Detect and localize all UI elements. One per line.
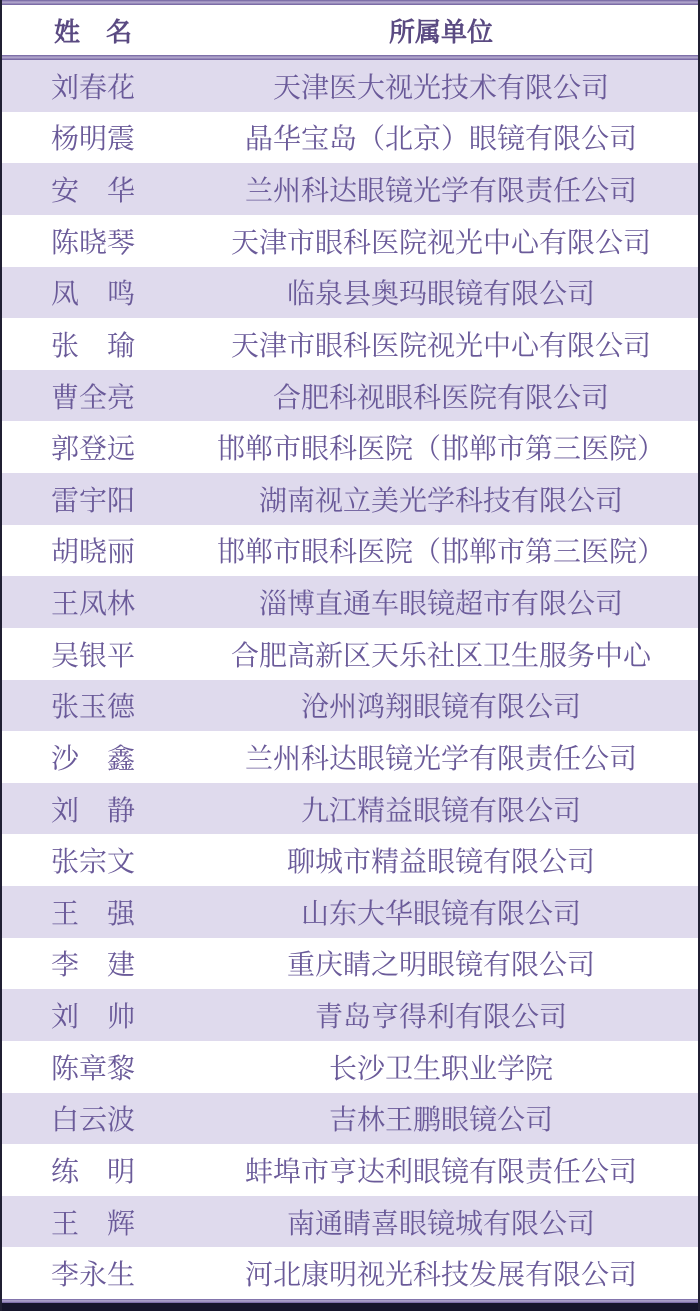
name-cell: 张玉德 xyxy=(2,685,184,725)
org-cell: 晶华宝岛（北京）眼镜有限公司 xyxy=(184,117,698,157)
name-cell: 凤 鸣 xyxy=(2,272,184,312)
table-row: 王凤林淄博直通车眼镜超市有限公司 xyxy=(2,576,698,628)
name-cell: 胡晓丽 xyxy=(2,530,184,570)
name-cell: 刘 帅 xyxy=(2,995,184,1035)
org-cell: 天津医大视光技术有限公司 xyxy=(184,66,698,106)
name-cell: 沙 鑫 xyxy=(2,737,184,777)
name-cell: 刘春花 xyxy=(2,66,184,106)
org-cell: 聊城市精益眼镜有限公司 xyxy=(184,840,698,880)
org-cell: 天津市眼科医院视光中心有限公司 xyxy=(184,221,698,261)
table-row: 练 明蚌埠市亨达利眼镜有限责任公司 xyxy=(2,1144,698,1196)
table-row: 张 瑜天津市眼科医院视光中心有限公司 xyxy=(2,318,698,370)
name-cell: 王凤林 xyxy=(2,582,184,622)
table-row: 白云波吉林王鹏眼镜公司 xyxy=(2,1093,698,1145)
name-cell: 陈章黎 xyxy=(2,1047,184,1087)
org-cell: 蚌埠市亨达利眼镜有限责任公司 xyxy=(184,1150,698,1190)
name-cell: 李 建 xyxy=(2,943,184,983)
org-cell: 南通睛喜眼镜城有限公司 xyxy=(184,1202,698,1242)
table-row: 安 华兰州科达眼镜光学有限责任公司 xyxy=(2,163,698,215)
table-body: 刘春花天津医大视光技术有限公司杨明震晶华宝岛（北京）眼镜有限公司安 华兰州科达眼… xyxy=(2,60,698,1299)
table-row: 李 建重庆睛之明眼镜有限公司 xyxy=(2,938,698,990)
org-cell: 兰州科达眼镜光学有限责任公司 xyxy=(184,169,698,209)
org-cell: 重庆睛之明眼镜有限公司 xyxy=(184,943,698,983)
org-cell: 邯郸市眼科医院（邯郸市第三医院） xyxy=(184,427,698,467)
name-cell: 张 瑜 xyxy=(2,324,184,364)
name-cell: 刘 静 xyxy=(2,789,184,829)
table-row: 陈章黎长沙卫生职业学院 xyxy=(2,1041,698,1093)
org-cell: 湖南视立美光学科技有限公司 xyxy=(184,479,698,519)
org-cell: 长沙卫生职业学院 xyxy=(184,1047,698,1087)
table-row: 胡晓丽邯郸市眼科医院（邯郸市第三医院） xyxy=(2,525,698,577)
table-row: 刘 帅青岛亨得利有限公司 xyxy=(2,989,698,1041)
table-row: 刘 静九江精益眼镜有限公司 xyxy=(2,783,698,835)
org-cell: 青岛亨得利有限公司 xyxy=(184,995,698,1035)
table-row: 凤 鸣临泉县奥玛眼镜有限公司 xyxy=(2,267,698,319)
name-cell: 张宗文 xyxy=(2,840,184,880)
name-cell: 曹全亮 xyxy=(2,376,184,416)
name-cell: 郭登远 xyxy=(2,427,184,467)
table-row: 杨明震晶华宝岛（北京）眼镜有限公司 xyxy=(2,112,698,164)
org-cell: 九江精益眼镜有限公司 xyxy=(184,789,698,829)
table-row: 李永生河北康明视光科技发展有限公司 xyxy=(2,1247,698,1299)
org-cell: 临泉县奥玛眼镜有限公司 xyxy=(184,272,698,312)
name-cell: 杨明震 xyxy=(2,117,184,157)
table-row: 郭登远邯郸市眼科医院（邯郸市第三医院） xyxy=(2,421,698,473)
org-cell: 沧州鸿翔眼镜有限公司 xyxy=(184,685,698,725)
name-cell: 白云波 xyxy=(2,1098,184,1138)
org-cell: 兰州科达眼镜光学有限责任公司 xyxy=(184,737,698,777)
name-cell: 练 明 xyxy=(2,1150,184,1190)
org-cell: 吉林王鹏眼镜公司 xyxy=(184,1098,698,1138)
name-cell: 王 强 xyxy=(2,892,184,932)
header-org: 所属单位 xyxy=(184,12,698,49)
table-row: 张玉德沧州鸿翔眼镜有限公司 xyxy=(2,680,698,732)
name-cell: 王 辉 xyxy=(2,1202,184,1242)
name-cell: 雷宇阳 xyxy=(2,479,184,519)
org-cell: 河北康明视光科技发展有限公司 xyxy=(184,1253,698,1293)
name-cell: 陈晓琴 xyxy=(2,221,184,261)
table-row: 雷宇阳湖南视立美光学科技有限公司 xyxy=(2,473,698,525)
roster-table: 姓 名 所属单位 刘春花天津医大视光技术有限公司杨明震晶华宝岛（北京）眼镜有限公… xyxy=(0,0,700,1311)
table-row: 陈晓琴天津市眼科医院视光中心有限公司 xyxy=(2,215,698,267)
table-row: 沙 鑫兰州科达眼镜光学有限责任公司 xyxy=(2,731,698,783)
org-cell: 天津市眼科医院视光中心有限公司 xyxy=(184,324,698,364)
name-cell: 安 华 xyxy=(2,169,184,209)
header-name: 姓 名 xyxy=(2,12,184,49)
table-row: 曹全亮合肥科视眼科医院有限公司 xyxy=(2,370,698,422)
table-row: 刘春花天津医大视光技术有限公司 xyxy=(2,60,698,112)
table-row: 王 辉南通睛喜眼镜城有限公司 xyxy=(2,1196,698,1248)
table-row: 王 强山东大华眼镜有限公司 xyxy=(2,886,698,938)
org-cell: 山东大华眼镜有限公司 xyxy=(184,892,698,932)
org-cell: 合肥科视眼科医院有限公司 xyxy=(184,376,698,416)
table-row: 张宗文聊城市精益眼镜有限公司 xyxy=(2,834,698,886)
bottom-frame-bar xyxy=(2,1303,698,1311)
org-cell: 淄博直通车眼镜超市有限公司 xyxy=(184,582,698,622)
org-cell: 合肥高新区天乐社区卫生服务中心 xyxy=(184,634,698,674)
table-row: 吴银平合肥高新区天乐社区卫生服务中心 xyxy=(2,628,698,680)
name-cell: 吴银平 xyxy=(2,634,184,674)
name-cell: 李永生 xyxy=(2,1253,184,1293)
table-header-row: 姓 名 所属单位 xyxy=(2,5,698,55)
org-cell: 邯郸市眼科医院（邯郸市第三医院） xyxy=(184,530,698,570)
